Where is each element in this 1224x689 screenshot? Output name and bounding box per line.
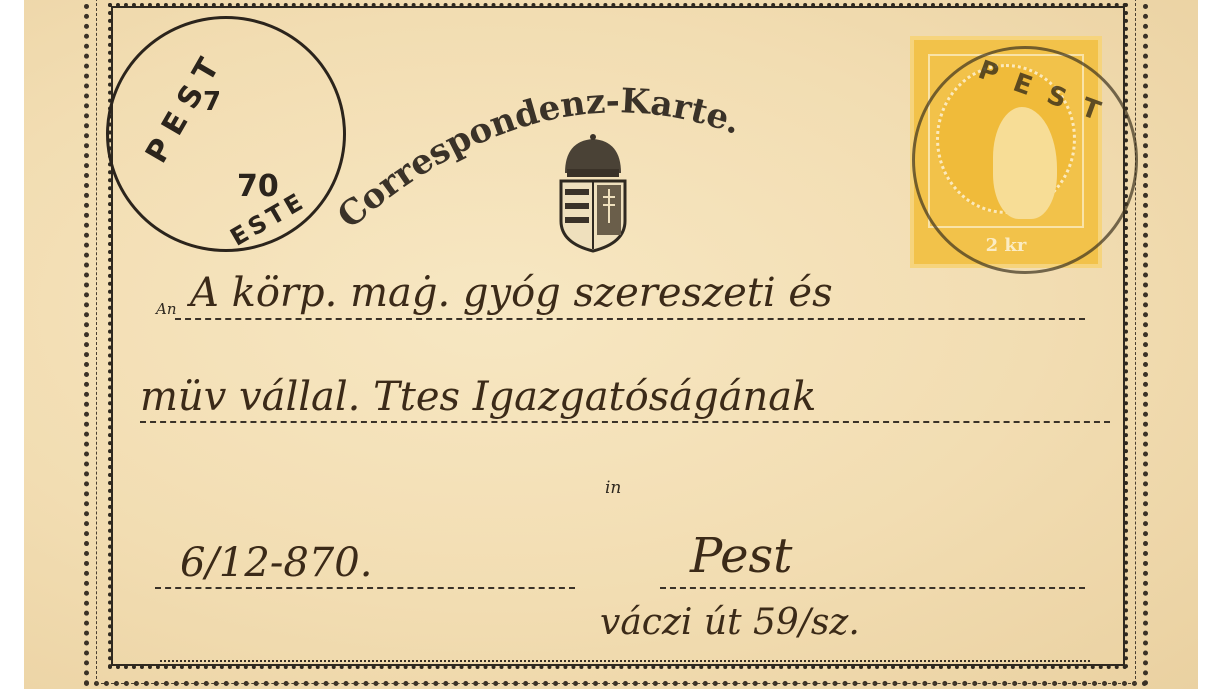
in-label: in	[605, 478, 621, 498]
handwritten-date: 6/12-870.	[180, 540, 372, 586]
address-recipient-line2: müv vállal. Ttes Igazgatóságának	[140, 374, 816, 420]
postmark-year: 70	[237, 169, 279, 204]
handwritten-street: váczi út 59/sz.	[600, 602, 860, 643]
postmark-right: PEST	[912, 46, 1138, 274]
city-line	[660, 587, 1085, 589]
address-prefix: An	[156, 300, 177, 318]
svg-text:Correspondenz-Karte.: Correspondenz-Karte.	[330, 81, 746, 236]
address-line-2	[140, 421, 1110, 423]
handwritten-city: Pest	[690, 528, 792, 584]
date-line	[155, 587, 575, 589]
address-line-1	[175, 318, 1085, 320]
street-line	[160, 660, 1090, 662]
postmark-day: 7	[203, 87, 221, 117]
coat-of-arms-icon	[555, 133, 631, 255]
postmark-left: PEST 7 70 ESTE	[106, 16, 346, 252]
address-recipient-line1: A körp. maġ. gyóg szereszeti és	[190, 270, 833, 316]
